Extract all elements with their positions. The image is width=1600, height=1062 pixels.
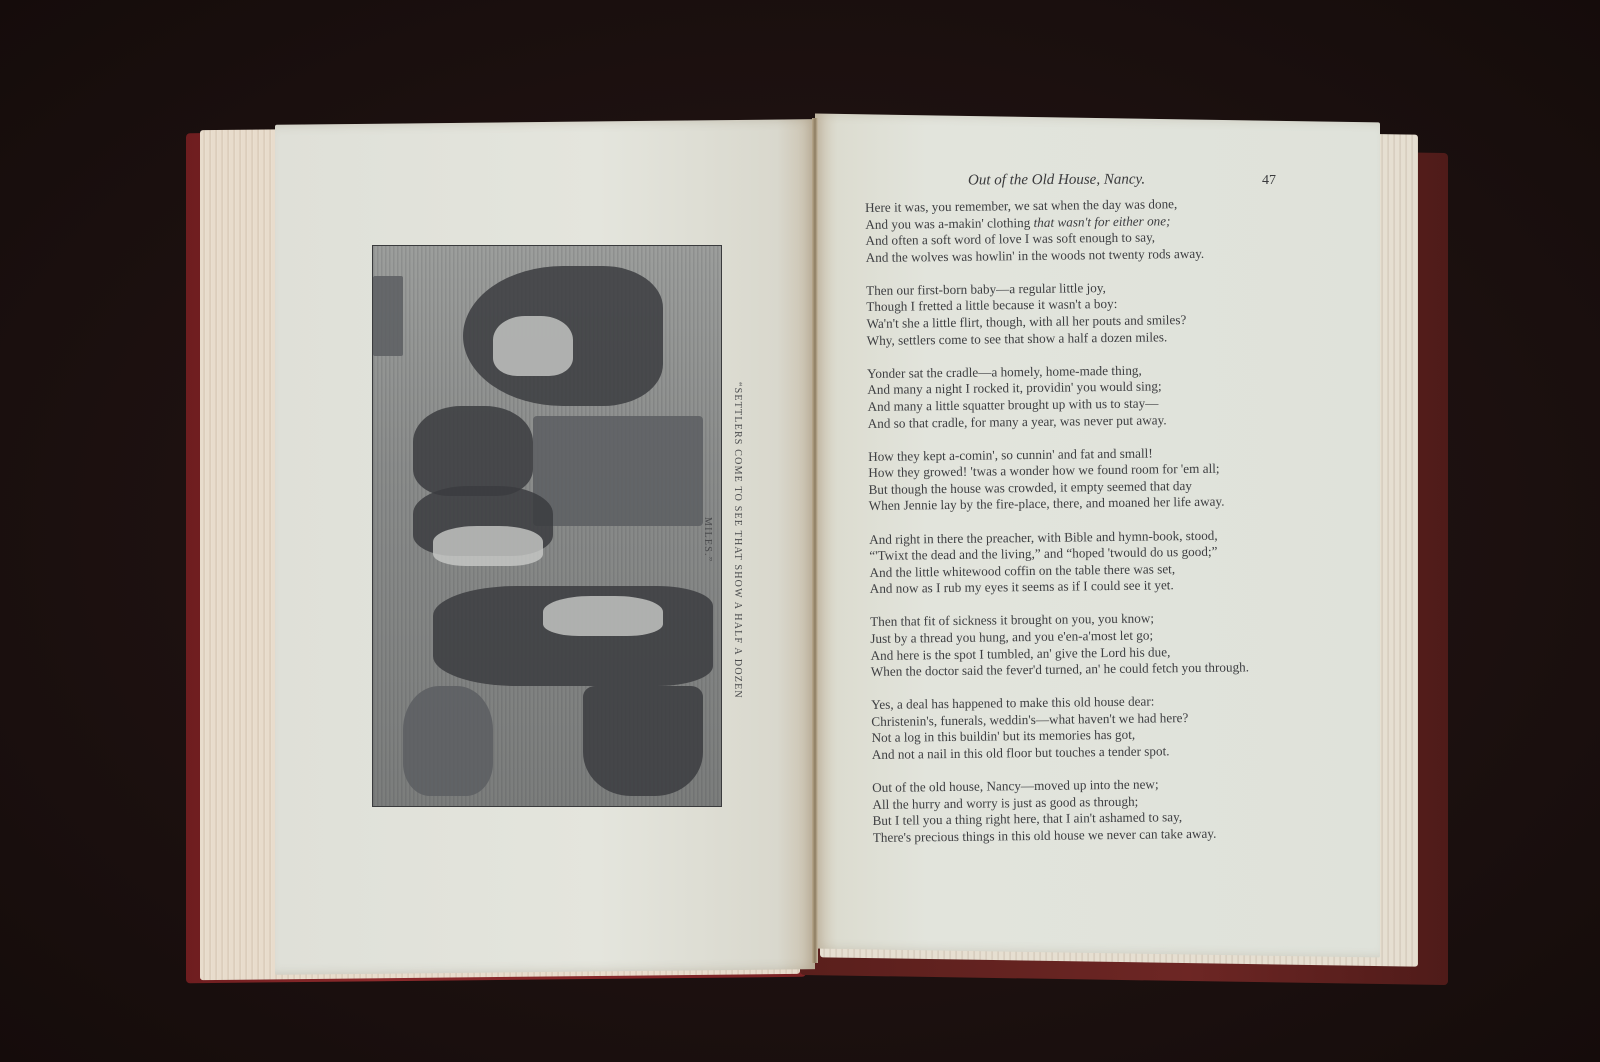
engraving-illustration xyxy=(372,245,722,807)
stanza-6: Then that fit of sickness it brought on … xyxy=(870,609,1311,681)
page-number: 47 xyxy=(1262,173,1276,189)
running-head-title: Out of the Old House, Nancy. xyxy=(968,172,1145,190)
stanza-1: Here it was, you remember, we sat when t… xyxy=(865,195,1306,267)
illustration-caption: “SETTLERS COME TO SEE THAT SHOW A HALF A… xyxy=(722,375,752,705)
poem-line-italic: that wasn't for either one; xyxy=(1033,213,1170,230)
poem-line-text: And you was a-makin' clothing xyxy=(865,215,1033,232)
stanza-8: Out of the old house, Nancy—moved up int… xyxy=(872,775,1313,847)
table-shape xyxy=(533,416,703,526)
baby-figure xyxy=(433,526,543,566)
stanza-3: Yonder sat the cradle—a homely, home-mad… xyxy=(867,360,1308,432)
apron-highlight xyxy=(543,596,663,636)
cradle-shape xyxy=(583,686,703,796)
children-figures xyxy=(403,686,493,796)
stanza-5: And right in there the preacher, with Bi… xyxy=(869,526,1310,598)
book-gutter xyxy=(812,118,818,963)
woman-figure-top xyxy=(413,406,533,496)
stanza-4: How they kept a-comin', so cunnin' and f… xyxy=(868,443,1309,515)
stanza-7: Yes, a deal has happened to make this ol… xyxy=(871,692,1312,764)
stanza-2: Then our first-born baby—a regular littl… xyxy=(866,277,1307,349)
picture-frame-shape xyxy=(373,276,403,356)
man-shirt-highlight xyxy=(493,316,573,376)
poem-body: Here it was, you remember, we sat when t… xyxy=(865,195,1313,863)
